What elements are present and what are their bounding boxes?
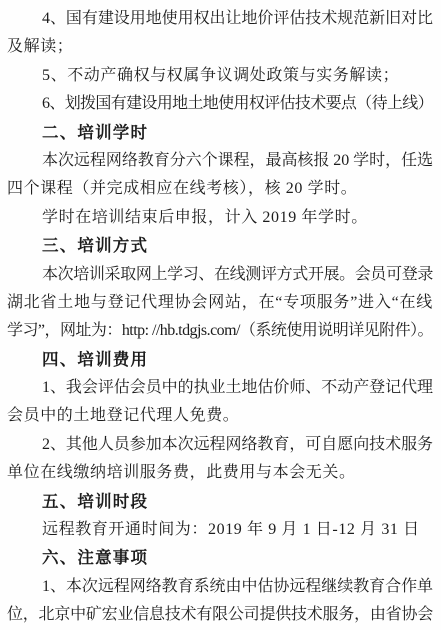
doc-line-text: 6、划拨国有建设用地土地使用权评估技术要点（待上线） bbox=[42, 95, 433, 112]
doc-line-text: 2、其他人员参加本次远程网络教育，可自愿向技术服务 bbox=[42, 436, 433, 453]
doc-line-website-url: 学习”，网址为：http: //hb.tdgjs.com/（系统使用说明详见附件… bbox=[7, 317, 433, 345]
heading-text: 二、培训学时 bbox=[42, 124, 148, 142]
heading-text: 六、注意事项 bbox=[42, 549, 148, 567]
doc-line-text: 5、不动产确权与权属争议调处政策与实务解读； bbox=[42, 67, 399, 84]
doc-line-text: 本次远程网络教育分六个课程，最高核报 20 学时，任选 bbox=[42, 152, 433, 169]
doc-line: 单位在线缴纳培训服务费，此费用与本会无关。 bbox=[7, 459, 433, 487]
heading-text: 三、培训方式 bbox=[42, 237, 148, 255]
doc-line-course-5: 5、不动产确权与权属争议调处政策与实务解读； bbox=[7, 62, 433, 90]
doc-line: 本次培训采取网上学习、在线测评方式开展。会员可登录 bbox=[7, 261, 433, 289]
doc-line-training-dates: 远程教育开通时间为：2019 年 9 月 1 日-12 月 31 日 bbox=[7, 516, 433, 544]
doc-line-course-4-cont: 及解读； bbox=[7, 33, 433, 61]
heading-training-method: 三、培训方式 bbox=[7, 232, 433, 260]
doc-line: 湖北省土地与登记代理协会网站，在“专项服务”进入“在线 bbox=[7, 289, 433, 317]
doc-line: 学时在培训结束后申报，计入 2019 年学时。 bbox=[7, 204, 433, 232]
doc-line-text: 单位在线缴纳培训服务费，此费用与本会无关。 bbox=[7, 464, 356, 481]
document-page: 4、国有建设用地使用权出让地价评估技术规范新旧对比 及解读； 5、不动产确权与权… bbox=[0, 0, 441, 630]
heading-notes: 六、注意事项 bbox=[7, 544, 433, 572]
doc-line: 本次远程网络教育分六个课程，最高核报 20 学时，任选 bbox=[7, 147, 433, 175]
heading-text: 四、培训费用 bbox=[42, 351, 148, 369]
doc-line-text: 会员中的土地登记代理人免费。 bbox=[7, 407, 239, 424]
doc-line-text: 本次培训采取网上学习、在线测评方式开展。会员可登录 bbox=[42, 266, 433, 283]
doc-line: 位，北京中矿宏业信息技术有限公司提供技术服务，由省协会 bbox=[7, 601, 433, 629]
doc-line-course-6: 6、划拨国有建设用地土地使用权评估技术要点（待上线） bbox=[7, 90, 433, 118]
doc-line: 四个课程（并完成相应在线考核），核 20 学时。 bbox=[7, 175, 433, 203]
heading-text: 五、培训时段 bbox=[42, 493, 148, 511]
doc-line-text: 远程教育开通时间为：2019 年 9 月 1 日-12 月 31 日 bbox=[42, 521, 420, 538]
heading-training-period: 五、培训时段 bbox=[7, 488, 433, 516]
doc-line-text: 1、本次远程网络教育系统由中估协远程继续教育合作单 bbox=[42, 578, 433, 595]
doc-line: 1、本次远程网络教育系统由中估协远程继续教育合作单 bbox=[7, 573, 433, 601]
doc-line-text: 四个课程（并完成相应在线考核），核 20 学时。 bbox=[7, 180, 357, 197]
doc-line-text: 4、国有建设用地使用权出让地价评估技术规范新旧对比 bbox=[42, 10, 433, 27]
heading-training-hours: 二、培训学时 bbox=[7, 119, 433, 147]
doc-line-text: 学时在培训结束后申报，计入 2019 年学时。 bbox=[42, 209, 368, 226]
doc-line-course-4: 4、国有建设用地使用权出让地价评估技术规范新旧对比 bbox=[7, 5, 433, 33]
doc-line-text: 位，北京中矿宏业信息技术有限公司提供技术服务，由省协会 bbox=[7, 606, 433, 623]
doc-line: 1、我会评估会员中的执业土地估价师、不动产登记代理 bbox=[7, 374, 433, 402]
doc-line-text: 学习”，网址为：http: //hb.tdgjs.com/（系统使用说明详见附件… bbox=[7, 322, 433, 339]
heading-training-fee: 四、培训费用 bbox=[7, 346, 433, 374]
doc-line-text: 1、我会评估会员中的执业土地估价师、不动产登记代理 bbox=[42, 379, 433, 396]
doc-line: 会员中的土地登记代理人免费。 bbox=[7, 402, 433, 430]
doc-line-text: 及解读； bbox=[7, 38, 73, 55]
doc-line: 2、其他人员参加本次远程网络教育，可自愿向技术服务 bbox=[7, 431, 433, 459]
doc-line-text: 湖北省土地与登记代理协会网站，在“专项服务”进入“在线 bbox=[7, 294, 433, 311]
